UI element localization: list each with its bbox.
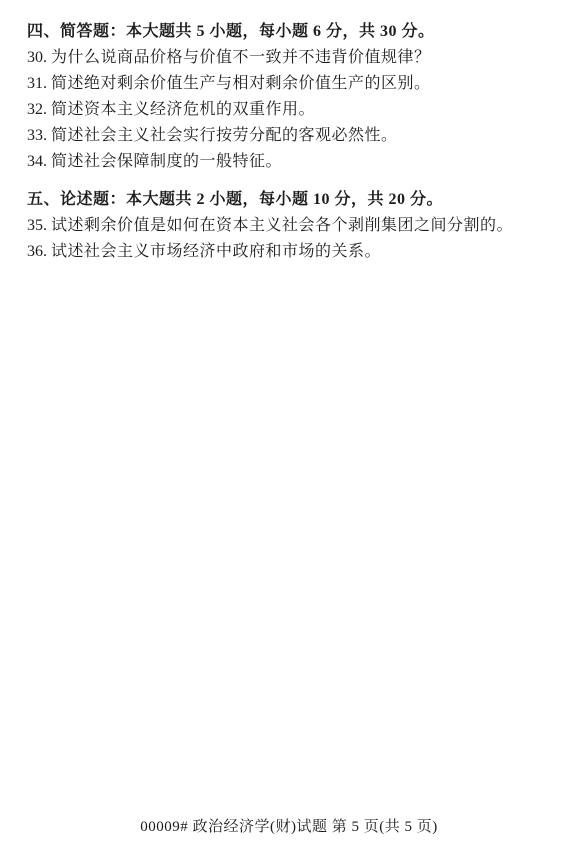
section-short-answer-heading: 四、简答题：本大题共 5 小题，每小题 6 分，共 30 分。 — [27, 19, 560, 45]
section-essay-heading: 五、论述题：本大题共 2 小题，每小题 10 分，共 20 分。 — [27, 187, 560, 213]
question-text: 试述社会主义市场经济中政府和市场的关系。 — [51, 239, 381, 265]
page-footer: 00009# 政治经济学(财)试题 第 5 页(共 5 页) — [0, 818, 578, 836]
question-number: 35. — [27, 213, 51, 239]
question-row-31: 31. 简述绝对剩余价值生产与相对剩余价值生产的区别。 — [27, 71, 560, 97]
question-row-35: 35. 试述剩余价值是如何在资本主义社会各个剥削集团之间分割的。 — [27, 213, 560, 239]
footer-text: 00009# 政治经济学(财)试题 第 5 页(共 5 页) — [140, 819, 437, 835]
question-text: 简述资本主义经济危机的双重作用。 — [51, 97, 315, 123]
question-number: 36. — [27, 239, 51, 265]
question-text: 简述社会保障制度的一般特征。 — [51, 149, 282, 175]
question-number: 30. — [27, 45, 51, 71]
question-text: 简述绝对剩余价值生产与相对剩余价值生产的区别。 — [51, 71, 431, 97]
question-row-36: 36. 试述社会主义市场经济中政府和市场的关系。 — [27, 239, 560, 265]
question-text: 试述剩余价值是如何在资本主义社会各个剥削集团之间分割的。 — [51, 213, 513, 239]
question-row-30: 30. 为什么说商品价格与价值不一致并不违背价值规律？ — [27, 45, 560, 71]
question-number: 33. — [27, 123, 51, 149]
question-number: 32. — [27, 97, 51, 123]
exam-page-content: 四、简答题：本大题共 5 小题，每小题 6 分，共 30 分。 30. 为什么说… — [27, 19, 560, 265]
question-text: 为什么说商品价格与价值不一致并不违背价值规律？ — [51, 45, 431, 71]
section-essay: 五、论述题：本大题共 2 小题，每小题 10 分，共 20 分。 35. 试述剩… — [27, 187, 560, 265]
section-short-answer: 四、简答题：本大题共 5 小题，每小题 6 分，共 30 分。 30. 为什么说… — [27, 19, 560, 175]
question-row-33: 33. 简述社会主义社会实行按劳分配的客观必然性。 — [27, 123, 560, 149]
question-text: 简述社会主义社会实行按劳分配的客观必然性。 — [51, 123, 398, 149]
question-row-34: 34. 简述社会保障制度的一般特征。 — [27, 149, 560, 175]
question-number: 34. — [27, 149, 51, 175]
question-number: 31. — [27, 71, 51, 97]
question-row-32: 32. 简述资本主义经济危机的双重作用。 — [27, 97, 560, 123]
